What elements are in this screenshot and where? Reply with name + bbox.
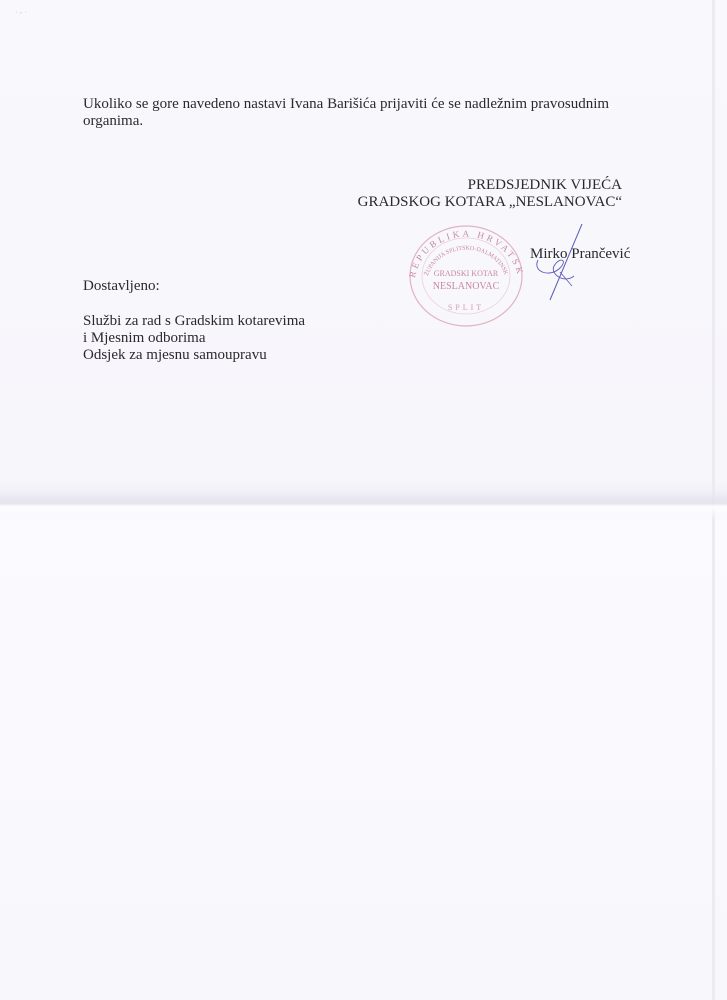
document-page: · ‑ · Ukoliko se gore navedeno nastavi I… (0, 0, 727, 1000)
signature-title-line-2: GRADSKOG KOTARA „NESLANOVAC“ (358, 194, 622, 211)
signature-title-line-1: PREDSJEDNIK VIJEĆA (358, 177, 622, 194)
stamp-inner-line-1: GRADSKI KOTAR (434, 269, 499, 278)
delivered-label: Dostavljeno: (83, 278, 160, 295)
recipient-item: i Mjesnim odborima (83, 330, 305, 347)
paragraph-line-1: Ukoliko se gore navedeno nastavi Ivana B… (83, 96, 609, 113)
official-stamp: REPUBLIKA HRVATSKA ŽUPANIJA SPLITSKO-DAL… (400, 218, 530, 328)
recipient-item: Službi za rad s Gradskim kotarevima (83, 313, 305, 330)
recipient-item: Odsjek za mjesnu samoupravu (83, 347, 305, 364)
handwritten-signature (530, 222, 590, 302)
closing-paragraph: Ukoliko se gore navedeno nastavi Ivana B… (83, 96, 609, 130)
stamp-bottom-text: SPLIT (448, 303, 484, 312)
paragraph-line-2: organima. (83, 113, 609, 130)
stamp-inner-line-2: NESLANOVAC (433, 281, 500, 292)
recipients-list: Službi za rad s Gradskim kotarevima i Mj… (83, 313, 305, 364)
signature-title: PREDSJEDNIK VIJEĆA GRADSKOG KOTARA „NESL… (358, 177, 622, 211)
paper-fold (0, 490, 727, 520)
corner-mark: · ‑ · (15, 8, 27, 17)
